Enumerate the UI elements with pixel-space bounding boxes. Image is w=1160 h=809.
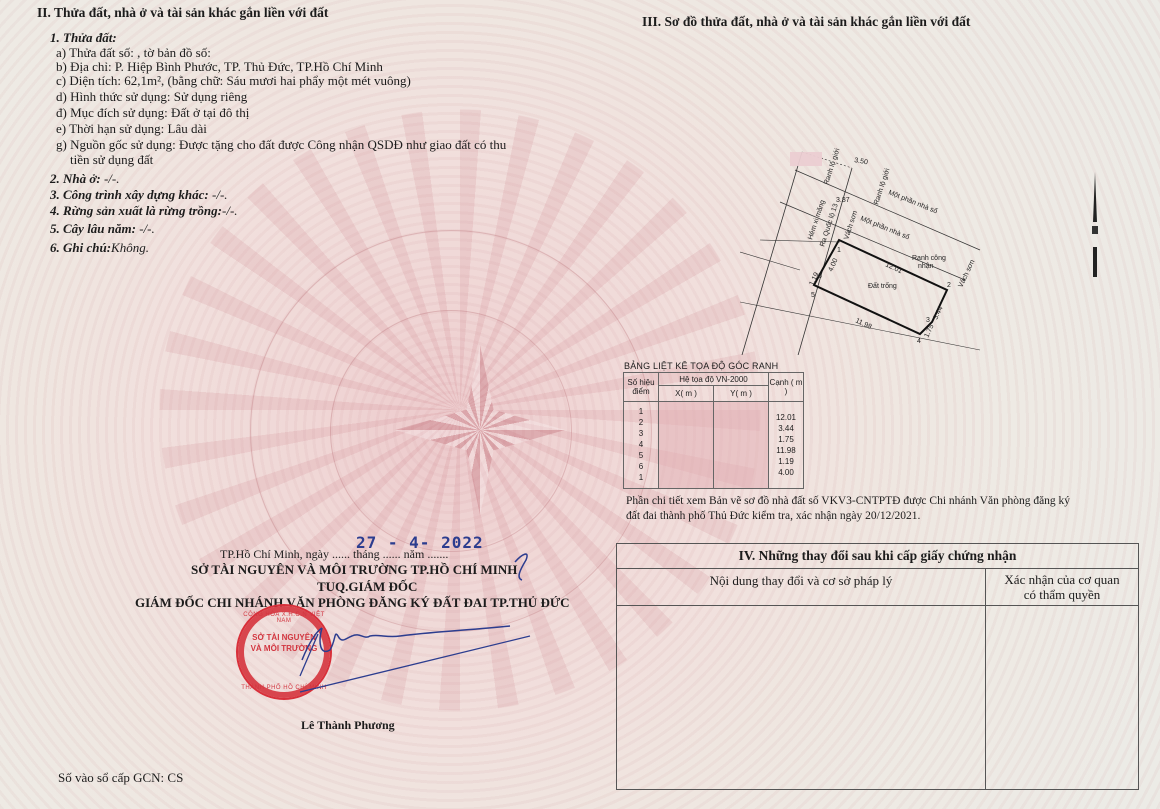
land-parcel-number: a) Thửa đất số: , tờ bản đồ số: — [56, 45, 211, 60]
item-forest: 4. Rừng sản xuất là rừng trồng:-/-. — [50, 203, 238, 218]
svg-text:Ranh lộ giới: Ranh lộ giới — [823, 147, 841, 185]
north-arrow-icon — [1088, 172, 1102, 282]
coord-table: Số hiệu điểm Hệ tọa độ VN-2000 Cạnh ( m … — [623, 372, 804, 489]
col-change-content: Nội dung thay đổi và cơ sở pháp lý — [617, 569, 986, 606]
coord-col-point: Số hiệu điểm — [624, 373, 659, 402]
authority-confirmation-cell — [986, 606, 1139, 790]
coord-edge: 11.98 — [769, 445, 803, 456]
coord-y-values-redacted — [714, 402, 769, 489]
svg-text:4.00: 4.00 — [827, 257, 839, 272]
svg-text:3.50: 3.50 — [854, 157, 869, 166]
item-notes: 6. Ghi chú:Không. — [50, 240, 149, 255]
handwritten-signature — [290, 540, 550, 710]
svg-text:Ranh lộ giới: Ranh lộ giới — [873, 167, 891, 205]
coord-point: 4 — [624, 439, 658, 450]
col-authority-confirmation: Xác nhận của cơ quan có thẩm quyền — [986, 569, 1139, 606]
svg-text:Ranh công: Ranh công — [912, 255, 946, 262]
point-3: 3 — [926, 317, 930, 324]
coord-edges: 12.01 3.44 1.75 11.98 1.19 4.00 — [769, 402, 804, 489]
coord-edge: 12.01 — [769, 412, 803, 423]
item-value: -/-. — [209, 187, 228, 202]
coord-point: 3 — [624, 428, 658, 439]
redacted-neighbor-number — [790, 152, 822, 166]
item-value: Không. — [111, 240, 149, 255]
svg-text:Một phần nhà số: Một phần nhà số — [887, 188, 939, 216]
land-address: b) Địa chỉ: P. Hiệp Bình Phước, TP. Thủ … — [56, 59, 383, 74]
svg-text:Vách sơn: Vách sơn — [957, 259, 976, 289]
drawing-reference-note: Phần chi tiết xem Bản vẽ sơ đồ nhà đất s… — [626, 494, 1070, 509]
point-4: 4 — [917, 338, 921, 345]
coord-point: 5 — [624, 450, 658, 461]
item-label: 3. Công trình xây dựng khác: — [50, 187, 209, 202]
coord-table-title: BẢNG LIỆT KÊ TỌA ĐỘ GÓC RANH — [624, 361, 778, 371]
svg-text:12.01: 12.01 — [884, 261, 903, 275]
point-5: 5 — [811, 292, 815, 299]
coord-edge: 1.75 — [769, 434, 803, 445]
signer-name: Lê Thành Phương — [301, 718, 395, 733]
coord-edge: 1.19 — [769, 456, 803, 467]
item-label: 6. Ghi chú: — [50, 240, 111, 255]
coord-points: 1 2 3 4 5 6 1 — [624, 402, 659, 489]
point-2: 2 — [947, 282, 951, 289]
col-authority-line1: Xác nhận của cơ quan — [986, 572, 1138, 587]
drawing-reference-note-cont: đất đai thành phố Thủ Đức kiểm tra, xác … — [626, 509, 920, 524]
land-area: c) Diện tích: 62,1m², (bằng chữ: Sáu mươ… — [56, 73, 411, 88]
changes-table: IV. Những thay đổi sau khi cấp giấy chứn… — [616, 543, 1139, 790]
coord-col-edge: Cạnh ( m ) — [769, 373, 804, 402]
item-label: 2. Nhà ở: — [50, 171, 101, 186]
coord-point: 1 — [624, 406, 658, 417]
svg-text:Một phần nhà số: Một phần nhà số — [859, 214, 911, 242]
point-1: 1 — [837, 247, 841, 254]
col-authority-line2: có thẩm quyền — [986, 587, 1138, 602]
land-heading: 1. Thửa đất: — [50, 30, 117, 45]
svg-text:3.87: 3.87 — [836, 197, 850, 204]
section2-title: II. Thửa đất, nhà ở và tài sản khác gắn … — [37, 5, 328, 20]
item-value: -/-. — [101, 171, 120, 186]
change-content-cell — [617, 606, 986, 790]
item-label: 4. Rừng sản xuất là rừng trồng: — [50, 203, 222, 218]
coord-col-system: Hệ tọa độ VN-2000 — [659, 373, 769, 386]
item-value: -/-. — [222, 203, 238, 218]
land-usage-term: e) Thời hạn sử dụng: Lâu dài — [56, 121, 207, 136]
land-origin: g) Nguồn gốc sử dụng: Được tặng cho đất … — [56, 137, 506, 152]
svg-text:11.98: 11.98 — [854, 317, 872, 331]
item-perennial-trees: 5. Cây lâu năm: -/-. — [50, 221, 155, 236]
section3-title: III. Sơ đồ thửa đất, nhà ở và tài sản kh… — [642, 14, 970, 29]
svg-text:1.75: 1.75 — [923, 323, 935, 338]
coord-edge: 3.44 — [769, 423, 803, 434]
land-usage-form: d) Hình thức sử dụng: Sử dụng riêng — [56, 89, 247, 104]
coord-point: 2 — [624, 417, 658, 428]
svg-text:Vách sơn: Vách sơn — [843, 210, 859, 241]
item-value: -/-. — [136, 221, 155, 236]
registry-number: Số vào sổ cấp GCN: CS — [58, 770, 183, 785]
land-usage-purpose: đ) Mục đích sử dụng: Đất ở tại đô thị — [56, 105, 249, 120]
coord-col-y: Y( m ) — [714, 386, 769, 402]
svg-text:3.44: 3.44 — [932, 305, 944, 320]
svg-text:Đất trống: Đất trống — [868, 281, 897, 290]
svg-text:nhận: nhận — [918, 263, 934, 270]
coord-col-x: X( m ) — [659, 386, 714, 402]
item-other-construction: 3. Công trình xây dựng khác: -/-. — [50, 187, 228, 202]
section4-title: IV. Những thay đổi sau khi cấp giấy chứn… — [617, 544, 1139, 569]
coord-x-values-redacted — [659, 402, 714, 489]
land-plot-diagram: 1 2 3 4 5 6 3.50 3.87 12.01 3.44 1.75 11… — [740, 140, 990, 355]
item-house: 2. Nhà ở: -/-. — [50, 171, 119, 186]
coord-edge: 4.00 — [769, 467, 803, 478]
land-origin-cont: tiền sử dụng đất — [70, 152, 153, 167]
coord-point: 6 — [624, 461, 658, 472]
coord-point: 1 — [624, 472, 658, 483]
item-label: 5. Cây lâu năm: — [50, 221, 136, 236]
